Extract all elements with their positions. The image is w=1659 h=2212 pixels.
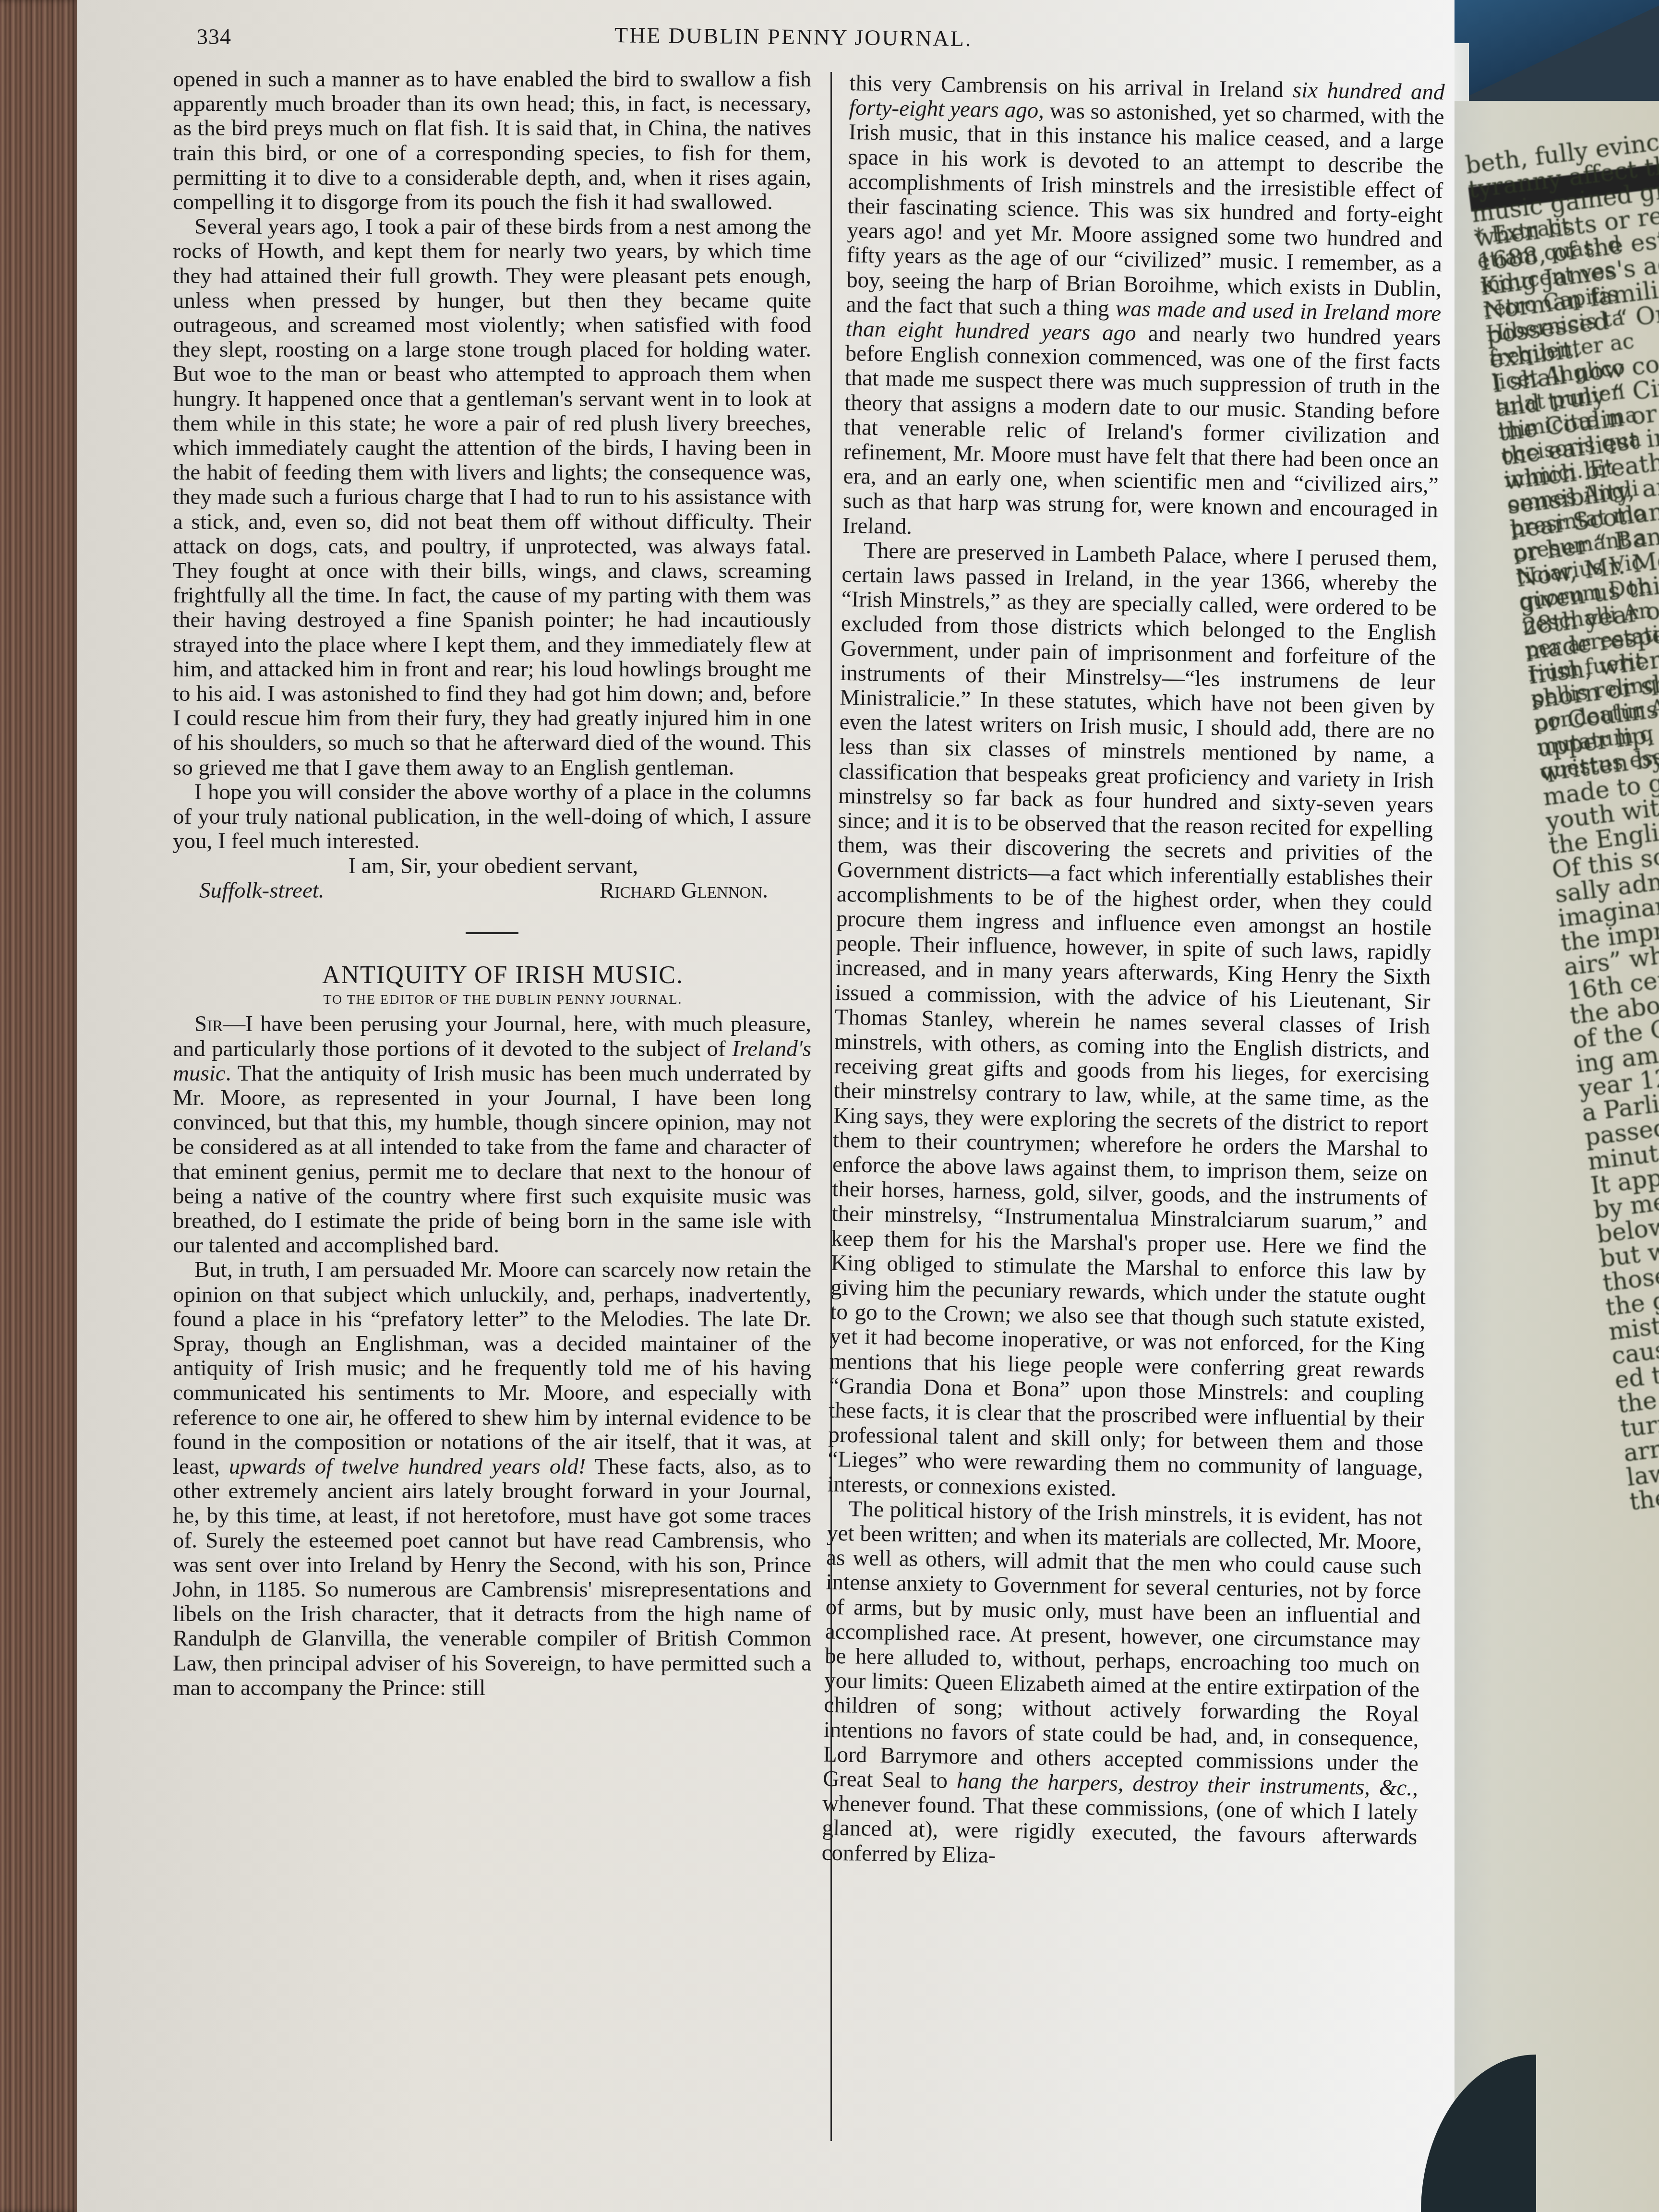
text-run: and nearly two hundred years before Engl… — [842, 321, 1441, 539]
section-divider — [466, 932, 518, 934]
italic-run: upwards of twelve hundred years old! — [229, 1454, 586, 1479]
text-run: These facts, also, as to other extremely… — [173, 1454, 811, 1700]
signoff-name: Richard Glennon. — [578, 878, 768, 903]
text-run: , was so astonished, yet so charmed, wit… — [846, 98, 1444, 321]
facing-page-text: beth, fully evince ttyranny affect themu… — [1464, 129, 1659, 250]
signoff-place: Suffolk-street. — [178, 878, 325, 903]
text-run: . That the antiquity of Irish music has … — [173, 1061, 811, 1258]
signature-line: Suffolk-street. Richard Glennon. — [173, 878, 811, 903]
left-column: opened in such a manner as to have enabl… — [173, 67, 811, 1700]
paragraph: There are preserved in Lambeth Palace, w… — [827, 538, 1437, 1506]
running-title: THE DUBLIN PENNY JOURNAL. — [614, 22, 973, 51]
article-title: ANTIQUITY OF IRISH MUSIC. — [173, 963, 811, 987]
facing-page: beth, fully evince ttyranny affect themu… — [1435, 101, 1659, 2212]
closing-line: I am, Sir, your obedient servant, — [173, 854, 811, 878]
paragraph: this very Cambrensis on his arrival in I… — [842, 71, 1445, 547]
paragraph: Several years ago, I took a pair of thes… — [173, 215, 811, 780]
paragraph: But, in truth, I am persuaded Mr. Moore … — [173, 1258, 811, 1700]
page-number: 334 — [197, 24, 231, 49]
text-run: —I have been perusing your Journal, here… — [173, 1011, 811, 1061]
paragraph: I hope you will consider the above worth… — [173, 780, 811, 854]
right-column: this very Cambrensis on his arrival in I… — [821, 71, 1445, 1875]
page-header: 334 THE DUBLIN PENNY JOURNAL. — [192, 24, 1104, 62]
book-spine-edge — [0, 0, 79, 2212]
article-subtitle: TO THE EDITOR OF THE DUBLIN PENNY JOURNA… — [173, 987, 811, 1012]
paragraph: opened in such a manner as to have enabl… — [173, 67, 811, 215]
paragraph: Sir—I have been perusing your Journal, h… — [173, 1012, 811, 1258]
paragraph: The political history of the Irish minst… — [821, 1496, 1422, 1874]
text-run: But, in truth, I am persuaded Mr. Moore … — [173, 1257, 811, 1479]
salutation: Sir — [194, 1011, 223, 1036]
text-run: The political history of the Irish minst… — [823, 1496, 1423, 1793]
